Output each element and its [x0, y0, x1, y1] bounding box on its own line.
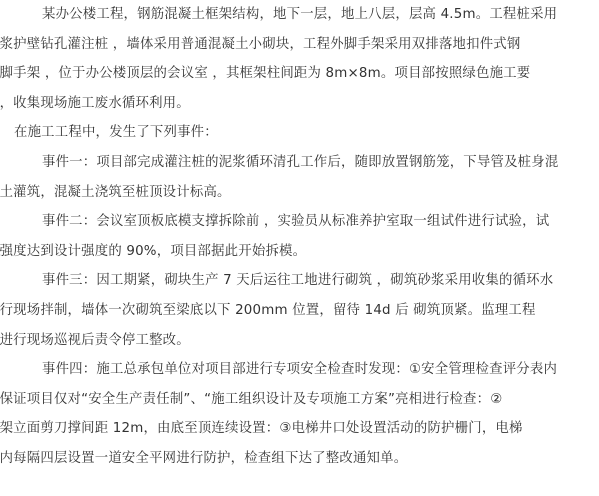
text-line: 外架立面剪刀撑间距 12m，由底至顶连续设置：③电梯井口处设置活动的防护栅门，电… — [14, 414, 574, 444]
text-line: 验强度达到设计强度的 90%，项目部据此开始拆模。 — [14, 237, 574, 267]
text-line: 在施工工程中，发生了下列事件： — [14, 118, 574, 148]
paragraph-intro: 某办公楼工程，钢筋混凝土框架结构，地下一层，地上八层，层高 4.5m。工程桩采用… — [14, 0, 574, 118]
text-line: 的保证项目仅对“安全生产责任制”、“施工组织设计及专项施工方案”亮相进行检查：② — [14, 385, 574, 415]
text-line: 混浆护壁钻孔灌注桩 ，墙体采用普通混凝土小砌块，工程外脚手架采用双排落地扣件式钢 — [14, 30, 574, 60]
document-body: 某办公楼工程，钢筋混凝土框架结构，地下一层，地上八层，层高 4.5m。工程桩采用… — [14, 0, 574, 474]
text-line: 事件一：项目部完成灌注桩的泥浆循环清孔工作后，随即放置钢筋笼，下导管及桩身混 — [14, 148, 574, 178]
text-line: 师进行现场巡视后责令停工整改。 — [14, 326, 574, 356]
text-line: 事件三：因工期紧，砌块生产 7 天后运往工地进行砌筑 ，砌筑砂浆采用收集的循环水 — [14, 266, 574, 296]
text-line: 进行现场拌制，墙体一次砌筑至梁底以下 200mm 位置，留待 14d 后 砌筑顶… — [14, 296, 574, 326]
paragraph-events-intro: 在施工工程中，发生了下列事件： — [14, 118, 574, 148]
text-line: 井内每隔四层设置一道安全平网进行防护，检查组下达了整改通知单。 — [14, 444, 574, 474]
paragraph-event-4: 事件四：施工总承包单位对项目部进行专项安全检查时发现：①安全管理检查评分表内 的… — [14, 355, 574, 473]
text-line: 凝土灌筑，混凝土浇筑至桩顶设计标高。 — [14, 178, 574, 208]
text-line: 事件二：会议室顶板底模支撑拆除前 ，实验员从标准养护室取一组试件进行试验，试 — [14, 207, 574, 237]
paragraph-event-2: 事件二：会议室顶板底模支撑拆除前 ，实验员从标准养护室取一组试件进行试验，试 验… — [14, 207, 574, 266]
text-line: 管脚手架 ，位于办公楼顶层的会议室 ，其框架柱间距为 8m×8m。项目部按照绿色… — [14, 59, 574, 89]
text-line: 事件四：施工总承包单位对项目部进行专项安全检查时发现：①安全管理检查评分表内 — [14, 355, 574, 385]
paragraph-event-1: 事件一：项目部完成灌注桩的泥浆循环清孔工作后，随即放置钢筋笼，下导管及桩身混 凝… — [14, 148, 574, 207]
text-line: 求，收集现场施工废水循环利用。 — [14, 89, 574, 119]
paragraph-event-3: 事件三：因工期紧，砌块生产 7 天后运往工地进行砌筑 ，砌筑砂浆采用收集的循环水… — [14, 266, 574, 355]
text-line: 某办公楼工程，钢筋混凝土框架结构，地下一层，地上八层，层高 4.5m。工程桩采用 — [14, 0, 574, 30]
